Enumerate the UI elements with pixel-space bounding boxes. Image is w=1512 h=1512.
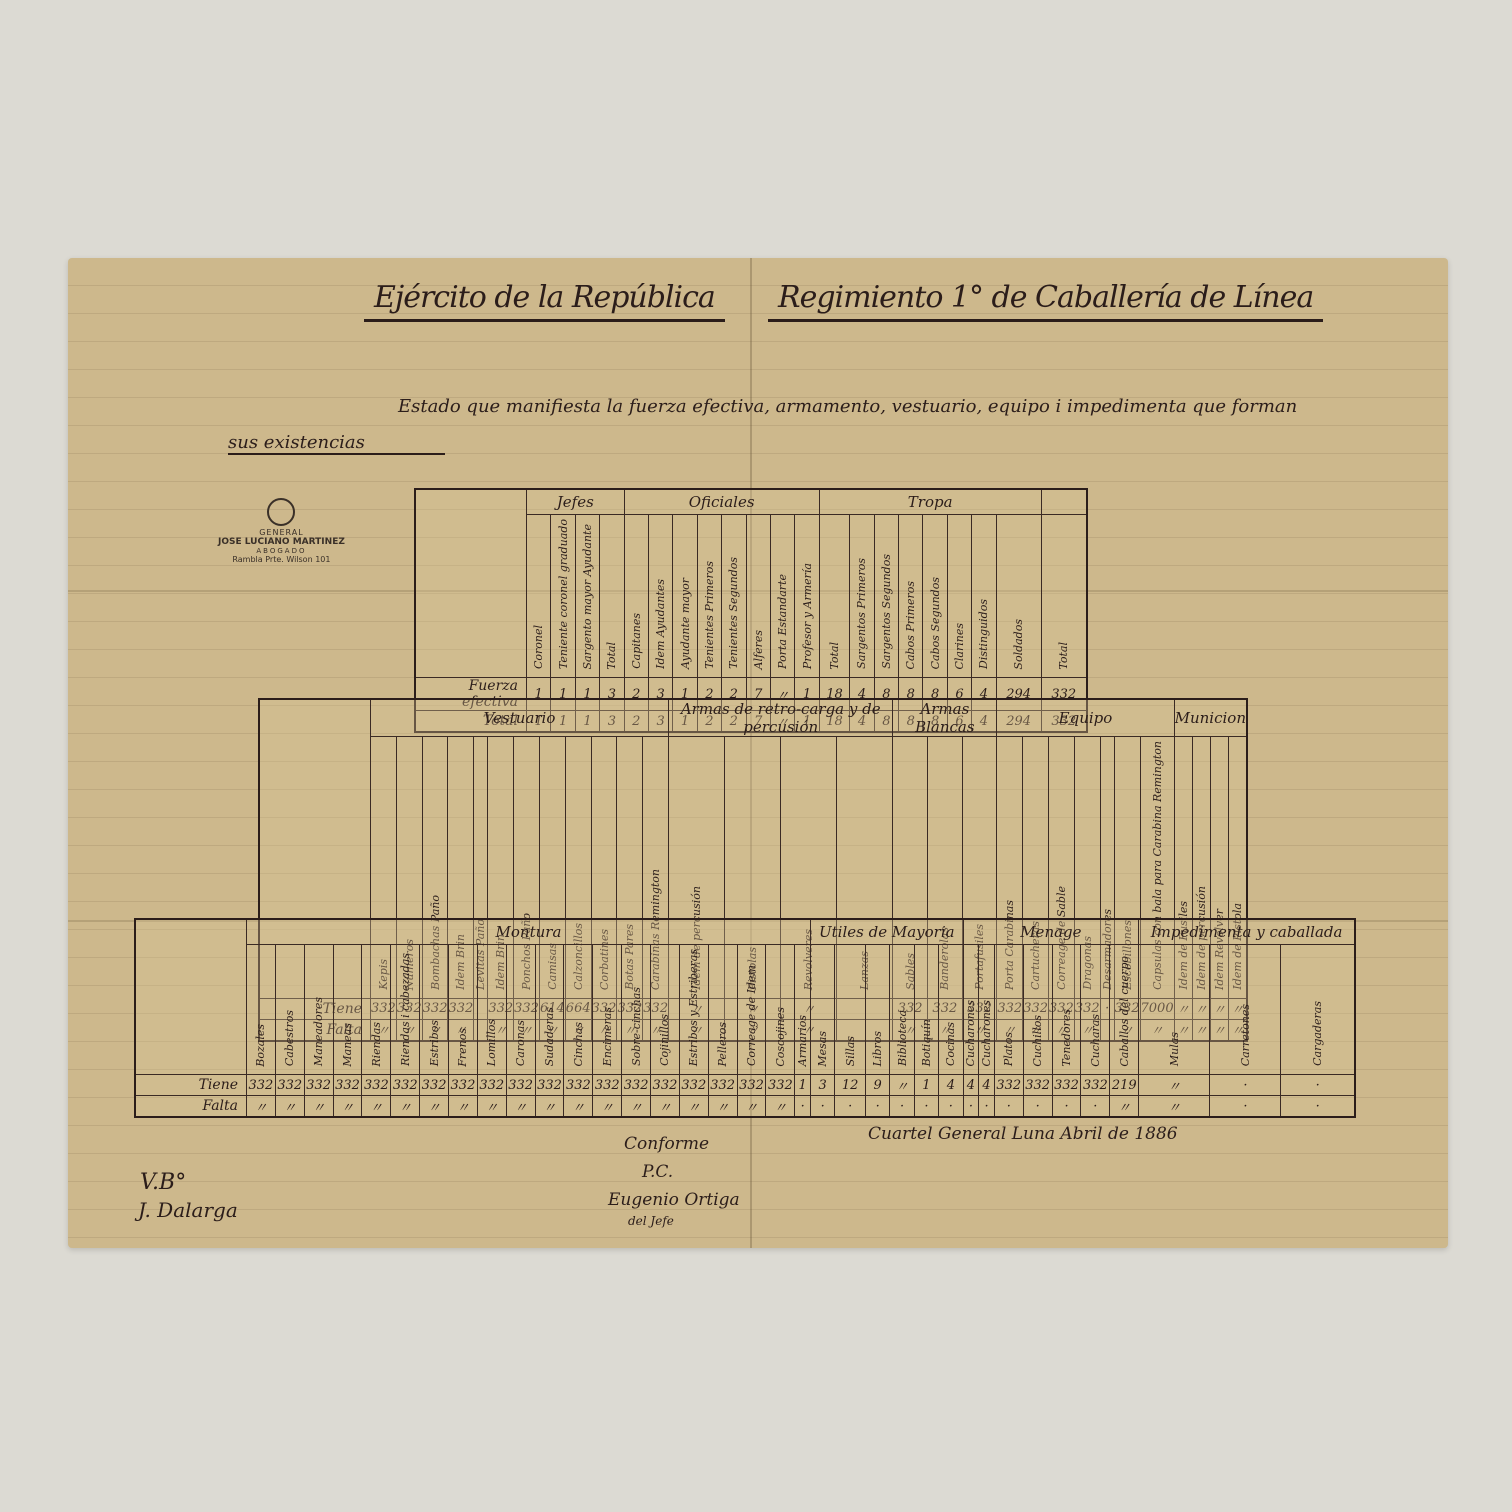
column-header: Cucharas: [1081, 945, 1110, 1075]
column-header: Cucharones: [963, 945, 979, 1075]
table-cell: 332: [420, 1075, 449, 1096]
table-cell: 〃: [391, 1096, 420, 1118]
column-header: Coronel: [527, 515, 551, 678]
column-header: Cabestros: [275, 945, 304, 1075]
table-cell: 〃: [593, 1096, 622, 1118]
table-cell: 332: [304, 1075, 333, 1096]
group-header: Montura: [247, 919, 811, 945]
lawyer-stamp: GENERAL JOSE LUCIANO MARTINEZ ABOGADO Ra…: [218, 498, 345, 564]
table-cell: 4: [939, 1075, 963, 1096]
table-cell: ·: [1052, 1096, 1081, 1118]
column-header: Caronas: [506, 945, 535, 1075]
group-header: Tropa: [819, 489, 1041, 515]
column-header: Alferes: [746, 515, 770, 678]
column-header: Soldados: [996, 515, 1041, 678]
column-header: Caballos del cuerpo: [1110, 945, 1139, 1075]
table-cell: 〃: [275, 1096, 304, 1118]
group-header: Municion: [1174, 699, 1247, 737]
table-cell: 332: [737, 1075, 766, 1096]
table-cell: ·: [939, 1096, 963, 1118]
table-cell: 〃: [890, 1075, 914, 1096]
column-header: Sillas: [835, 945, 866, 1075]
table-cell: 〃: [506, 1096, 535, 1118]
column-header: Encimeras: [593, 945, 622, 1075]
table-cell: 332: [333, 1075, 362, 1096]
column-header: Sargentos Segundos: [874, 515, 898, 678]
table-cell: ·: [1023, 1096, 1052, 1118]
table-cell: ·: [914, 1096, 938, 1118]
group-header: Impedimenta y caballada: [1139, 919, 1355, 945]
column-header: Clarines: [947, 515, 971, 678]
table-cell: 332: [247, 1075, 276, 1096]
group-header: Armas Blancas: [893, 699, 997, 737]
table-cell: 〃: [449, 1096, 478, 1118]
table-cell: 332: [1081, 1075, 1110, 1096]
column-header-row: BozalesCabestrosManeadoresManeasRiendasR…: [135, 945, 1355, 1075]
column-header: Carretones: [1210, 945, 1281, 1075]
column-header: Cocinas: [939, 945, 963, 1075]
column-header: Riendas: [362, 945, 391, 1075]
group-header-row: JefesOficialesTropa: [415, 489, 1087, 515]
column-header: Cargaderas: [1281, 945, 1355, 1075]
column-header: Total: [1041, 515, 1087, 678]
group-header: Menage: [963, 919, 1139, 945]
column-header: Mesas: [810, 945, 834, 1075]
table-cell: 332: [679, 1075, 708, 1096]
column-header: Sargento mayor Ayudante: [575, 515, 599, 678]
table-cell: ·: [1281, 1075, 1355, 1096]
group-header: Armas de retro-carga y de percusión: [669, 699, 893, 737]
table-cell: 332: [651, 1075, 680, 1096]
table-fuerza-efectiva: JefesOficialesTropaCoronelTeniente coron…: [414, 488, 1088, 733]
table-cell: 332: [535, 1075, 564, 1096]
table-cell: 〃: [1110, 1096, 1139, 1118]
column-header: Total: [819, 515, 850, 678]
table-cell: 〃: [679, 1096, 708, 1118]
table-cell: 332: [362, 1075, 391, 1096]
table-cell: 〃: [651, 1096, 680, 1118]
group-header-row: MonturaUtiles de MayoriaMenageImpediment…: [135, 919, 1355, 945]
subtitle-line2: sus existencias: [228, 432, 445, 455]
column-header: Cuchillos: [1023, 945, 1052, 1075]
table-cell: ·: [963, 1096, 979, 1118]
column-header: Porta Estandarte: [770, 515, 794, 678]
signature-right: Eugenio Ortiga: [608, 1190, 740, 1210]
table-cell: 〃: [535, 1096, 564, 1118]
table-cell: 332: [564, 1075, 593, 1096]
column-header: Cucharones: [979, 945, 995, 1075]
table-cell: 〃: [333, 1096, 362, 1118]
column-header: Cabos Segundos: [923, 515, 947, 678]
table-cell: 332: [708, 1075, 737, 1096]
table-cell: 332: [994, 1075, 1023, 1096]
conforme-sub: P.C.: [642, 1162, 673, 1182]
table-cell: 332: [506, 1075, 535, 1096]
table-cell: 4: [963, 1075, 979, 1096]
column-header: Cinchas: [564, 945, 593, 1075]
column-header: Idem Ayudantes: [648, 515, 672, 678]
group-header: Oficiales: [624, 489, 819, 515]
group-header-row: VestuarioArmas de retro-carga y de percu…: [259, 699, 1247, 737]
table-cell: ·: [795, 1096, 811, 1118]
table-cell: ·: [1210, 1096, 1281, 1118]
column-header: Profesor y Armería: [795, 515, 819, 678]
column-header: Botiquín: [914, 945, 938, 1075]
table-cell: ·: [979, 1096, 995, 1118]
column-header: Maneadores: [304, 945, 333, 1075]
table-cell: 219: [1110, 1075, 1139, 1096]
column-header: Total: [600, 515, 624, 678]
table-cell: 332: [477, 1075, 506, 1096]
column-header: Riendas i cabezadas: [391, 945, 420, 1075]
column-header: Maneas: [333, 945, 362, 1075]
column-header: Mulas: [1139, 945, 1210, 1075]
column-header: Tenientes Segundos: [722, 515, 746, 678]
column-header: Estribos: [420, 945, 449, 1075]
column-header: Sargentos Primeros: [850, 515, 874, 678]
column-header: Bozales: [247, 945, 276, 1075]
column-header: Sobre-cinchas: [622, 945, 651, 1075]
table-cell: 〃: [1139, 1075, 1210, 1096]
table-cell: 332: [275, 1075, 304, 1096]
vb-mark: V.B°: [140, 1170, 186, 1195]
document-paper: Ejército de la República Regimiento 1° d…: [68, 258, 1448, 1248]
column-header: Cabos Primeros: [899, 515, 923, 678]
table-montura-menage: MonturaUtiles de MayoriaMenageImpediment…: [134, 918, 1356, 1118]
table-cell: 〃: [708, 1096, 737, 1118]
row-label-header: [415, 489, 527, 678]
column-header: Coscojines: [766, 945, 795, 1075]
column-header: Biblioteca: [890, 945, 914, 1075]
table-cell: ·: [890, 1096, 914, 1118]
table-cell: ·: [810, 1096, 834, 1118]
row-label-header: [135, 919, 247, 1075]
group-header: Jefes: [527, 489, 625, 515]
column-header: Frenos: [449, 945, 478, 1075]
table-cell: 〃: [477, 1096, 506, 1118]
table-cell: 〃: [362, 1096, 391, 1118]
table-cell: 〃: [564, 1096, 593, 1118]
column-header: Distinguidos: [972, 515, 996, 678]
table-cell: 〃: [766, 1096, 795, 1118]
column-header: Sudaderas: [535, 945, 564, 1075]
column-header: Tenedores: [1052, 945, 1081, 1075]
column-header: Correage de Idem: [737, 945, 766, 1075]
column-header: Capitanes: [624, 515, 648, 678]
table-cell: ·: [865, 1096, 889, 1118]
title-right: Regimiento 1° de Caballería de Línea: [768, 280, 1323, 322]
table-row: Falta〃〃〃〃〃〃〃〃〃〃〃〃〃〃〃〃〃〃〃·············〃〃·…: [135, 1096, 1355, 1118]
table-cell: 332: [593, 1075, 622, 1096]
subtitle-line1: Estado que manifiesta la fuerza efectiva…: [398, 396, 1297, 417]
column-header: Estribos y Estriberas: [679, 945, 708, 1075]
column-header: Teniente coronel graduado: [551, 515, 575, 678]
group-header: Vestuario: [371, 699, 669, 737]
group-header: Equipo: [997, 699, 1174, 737]
table-cell: 〃: [304, 1096, 333, 1118]
table-cell: 332: [449, 1075, 478, 1096]
table-cell: ·: [1210, 1075, 1281, 1096]
table-cell: ·: [835, 1096, 866, 1118]
table-cell: 1: [914, 1075, 938, 1096]
column-header: Libros: [865, 945, 889, 1075]
column-header: Ayudante mayor: [673, 515, 697, 678]
table-cell: 〃: [622, 1096, 651, 1118]
column-header: Tenientes Primeros: [697, 515, 721, 678]
table-cell: 332: [766, 1075, 795, 1096]
signature-right-sub: del Jefe: [628, 1214, 674, 1228]
conforme-label: Conforme: [624, 1134, 709, 1154]
table-cell: ·: [994, 1096, 1023, 1118]
column-header: Armarios: [795, 945, 811, 1075]
table-cell: 1: [795, 1075, 811, 1096]
table-cell: 12: [835, 1075, 866, 1096]
table-cell: 332: [1023, 1075, 1052, 1096]
table-cell: 〃: [247, 1096, 276, 1118]
coat-of-arms-icon: [267, 498, 295, 526]
table-cell: 9: [865, 1075, 889, 1096]
place-date: Cuartel General Luna Abril de 1886: [868, 1124, 1178, 1144]
table-cell: ·: [1281, 1096, 1355, 1118]
column-header: Cojinillos: [651, 945, 680, 1075]
title-left: Ejército de la República: [364, 280, 725, 322]
table-cell: 332: [391, 1075, 420, 1096]
table-row: Tiene33233233233233233233233233233233233…: [135, 1075, 1355, 1096]
table-cell: 332: [622, 1075, 651, 1096]
column-header: Lomillos: [477, 945, 506, 1075]
table-cell: 〃: [737, 1096, 766, 1118]
table-cell: 4: [979, 1075, 995, 1096]
table-cell: ·: [1081, 1096, 1110, 1118]
table-cell: 3: [810, 1075, 834, 1096]
row-label: Falta: [135, 1096, 247, 1118]
table-cell: 〃: [1139, 1096, 1210, 1118]
row-label: Tiene: [135, 1075, 247, 1096]
column-header: Platos: [994, 945, 1023, 1075]
group-header: Utiles de Mayoria: [810, 919, 963, 945]
signature-left: J. Dalarga: [138, 1198, 238, 1222]
table-cell: 332: [1052, 1075, 1081, 1096]
column-header: Pelleros: [708, 945, 737, 1075]
table-cell: 〃: [420, 1096, 449, 1118]
